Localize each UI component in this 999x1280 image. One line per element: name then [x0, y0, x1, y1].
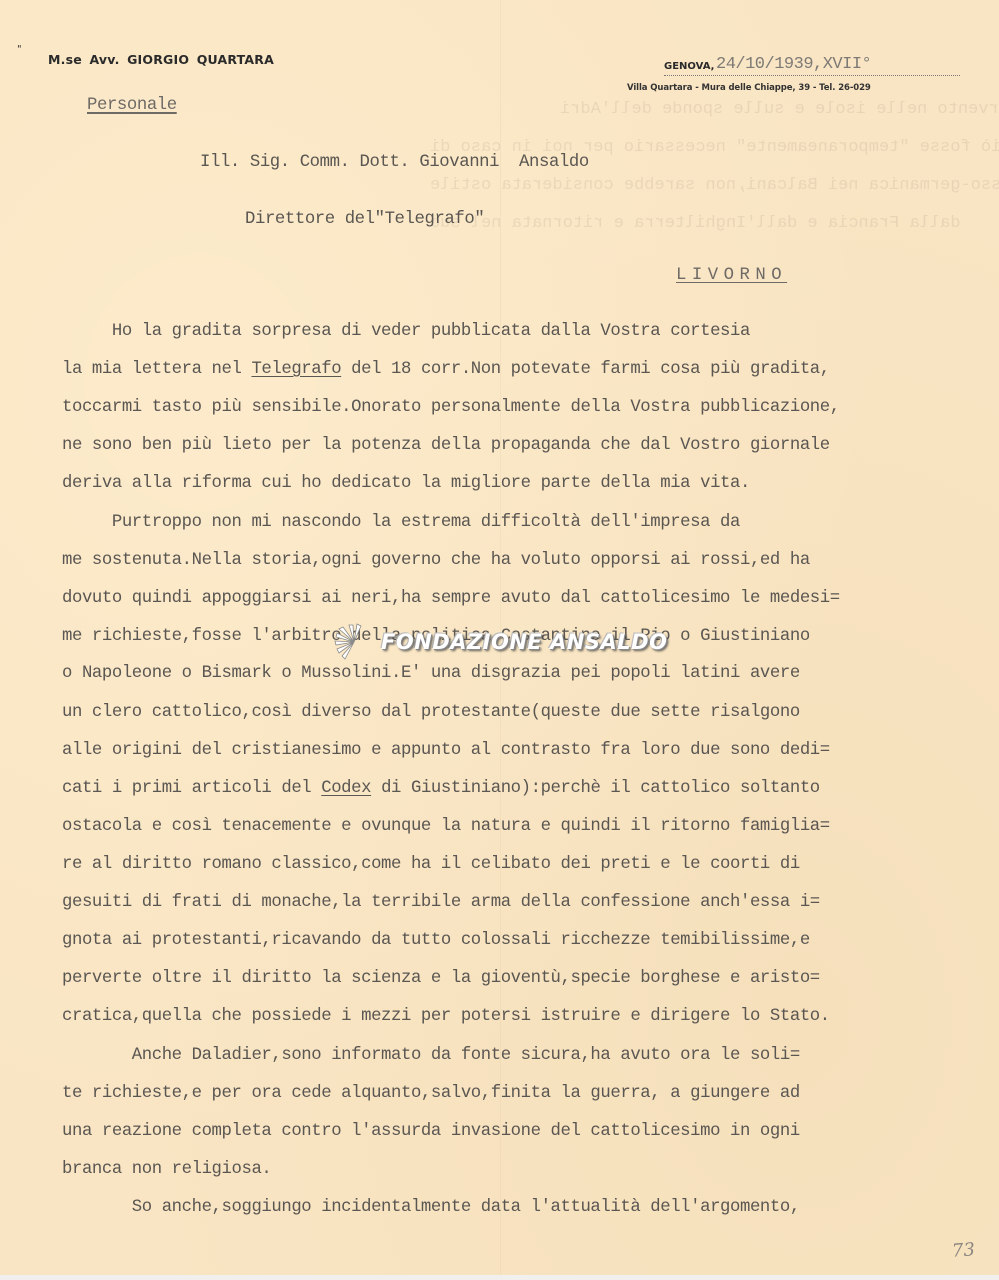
body-text: del 18 corr.Non potevate farmi cosa più … — [341, 360, 830, 379]
body-line: ostacola e così tenacemente e ovunque la… — [62, 817, 830, 836]
bleed-through-text: dalla Francia e dall'Inghilterra e ritor… — [430, 214, 961, 233]
body-line: So anche,soggiungo incidentalmente data … — [62, 1198, 800, 1217]
body-line: la mia lettera nel Telegrafo del 18 corr… — [62, 360, 830, 379]
body-line: un clero cattolico,così diverso dal prot… — [62, 703, 800, 722]
sender-letterhead: M.se Avv. GIORGIO QUARTARA — [48, 52, 274, 67]
body-line: re al diritto romano classico,come ha il… — [62, 855, 800, 874]
letter-page: che un nostro intervento nelle isole e s… — [0, 0, 999, 1275]
bleed-through-text: che un nostro intervento nelle isole e s… — [560, 100, 999, 119]
bleed-through-text: invasione russo-germanica nei Balcani,no… — [430, 176, 999, 195]
body-line: gnota ai protestanti,ricavando da tutto … — [62, 931, 810, 950]
date-city-label: GENOVA, — [664, 61, 714, 72]
body-line: ne sono ben più lieto per la potenza del… — [62, 436, 830, 455]
recipient-name: Ill. Sig. Comm. Dott. Giovanni Ansaldo — [200, 153, 589, 172]
ansaldo-swirl-logo-icon — [333, 621, 375, 663]
body-line: Ho la gradita sorpresa di veder pubblica… — [62, 322, 750, 341]
letter-date: 24/10/1939,XVII° — [716, 55, 871, 74]
page-number: 73 — [951, 1239, 975, 1262]
watermark: FONDAZIONE ANSALDO — [333, 621, 667, 663]
body-line: una reazione completa contro l'assurda i… — [62, 1122, 800, 1141]
body-text: di Giustiniano):perchè il cattolico solt… — [371, 779, 820, 798]
destination-city: LIVORNO — [676, 266, 787, 285]
body-line: te richieste,e per ora cede alquanto,sal… — [62, 1084, 800, 1103]
classification-label: Personale — [87, 96, 177, 115]
body-text: cati i primi articoli del — [62, 779, 321, 798]
recipient-role: Direttore del"Telegrafo" — [245, 210, 484, 229]
body-line: cati i primi articoli del Codex di Giust… — [62, 779, 820, 798]
body-line: alle origini del cristianesimo e appunto… — [62, 741, 830, 760]
body-line: Purtroppo non mi nascondo la estrema dif… — [62, 513, 740, 532]
body-line: Anche Daladier,sono informato da fonte s… — [62, 1046, 800, 1065]
body-text: la mia lettera nel — [62, 360, 251, 379]
body-line: perverte oltre il diritto la scienza e l… — [62, 969, 820, 988]
corner-mark: " — [17, 44, 22, 55]
sender-address: Villa Quartara - Mura delle Chiappe, 39 … — [627, 83, 871, 93]
underlined-title: Codex — [321, 779, 371, 798]
date-line: GENOVA, 24/10/1939,XVII° — [664, 57, 960, 76]
watermark-text: FONDAZIONE ANSALDO — [381, 630, 667, 654]
body-line: o Napoleone o Bismark o Mussolini.E' una… — [62, 664, 800, 683]
body-line: dovuto quindi appoggiarsi ai neri,ha sem… — [62, 589, 840, 608]
underlined-title: Telegrafo — [251, 360, 341, 379]
body-line: gesuiti di frati di monache,la terribile… — [62, 893, 820, 912]
body-line: deriva alla riforma cui ho dedicato la m… — [62, 474, 750, 493]
body-line: toccarmi tasto più sensibile.Onorato per… — [62, 398, 840, 417]
body-line: branca non religiosa. — [62, 1160, 271, 1179]
body-line: cratica,quella che possiede i mezzi per … — [62, 1007, 830, 1026]
body-line: me sostenuta.Nella storia,ogni governo c… — [62, 551, 810, 570]
